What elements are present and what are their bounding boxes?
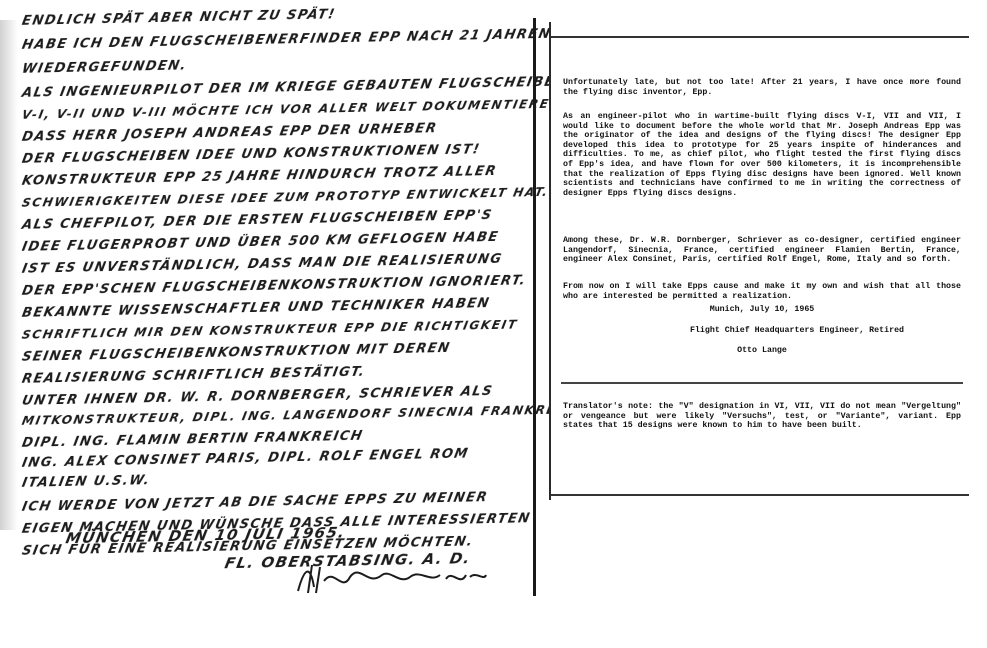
handwritten-line: Dipl. Ing. Flamin Bertin Frankreich <box>21 429 365 451</box>
handwritten-line: Italien u.s.w. <box>21 473 152 491</box>
page-edge-shadow <box>0 20 18 530</box>
handwritten-line: schriftlich mir den Konstrukteur Epp die… <box>21 318 519 342</box>
handwritten-line: Ing. Alex Consinet Paris, Dipl. Rolf Eng… <box>21 447 470 471</box>
handwritten-line: der Epp'schen Flugscheibenkonstruktion i… <box>21 273 528 299</box>
typed-place-date: Munich, July 10, 1965 <box>563 305 961 314</box>
divider-rule <box>561 382 963 384</box>
handwritten-line: Idee flugerprobt und über 500 km gefloge… <box>21 230 500 255</box>
typed-translation-page: Unfortunately late, but not too late! Af… <box>549 22 969 500</box>
handwritten-line: habe ich den Flugscheibenerfinder Epp na… <box>21 27 553 53</box>
page-separator <box>533 18 536 596</box>
handwritten-line: Als Chefpilot, der die ersten Flugscheib… <box>21 208 494 233</box>
handwritten-line: Endlich spät aber nicht zu spät! <box>21 7 337 29</box>
typed-signature: Otto Lange <box>563 346 961 355</box>
typed-title: Flight Chief Headquarters Engineer, Reti… <box>563 326 961 335</box>
handwritten-line: Konstrukteur Epp 25 Jahre hindurch trotz… <box>21 164 499 189</box>
handwritten-line: seiner Flugscheibenkonstruktion mit dere… <box>21 341 452 365</box>
handwritten-line: der Flugscheiben Idee und Konstruktionen… <box>21 142 482 167</box>
handwritten-letter-page: Endlich spät aber nicht zu spät! habe ic… <box>0 0 535 600</box>
typed-paragraph-main: As an engineer-pilot who in wartime-buil… <box>563 112 961 198</box>
typed-paragraph-names: Among these, Dr. W.R. Dornberger, Schrie… <box>563 236 961 265</box>
handwritten-line: Bekannte Wissenschaftler und Techniker h… <box>21 296 492 321</box>
handwritten-line: V-I, V-II und V-III möchte ich vor aller… <box>21 97 563 122</box>
typed-paragraph-intro: Unfortunately late, but not too late! Af… <box>563 78 961 97</box>
handwritten-line: Ich werde von jetzt ab die Sache Epps zu… <box>21 490 490 515</box>
handwritten-signature <box>290 557 490 597</box>
handwritten-line: dass Herr Joseph Andreas Epp der Urheber <box>21 121 439 145</box>
bottom-rule <box>551 494 969 496</box>
handwritten-line: wiedergefunden. <box>21 59 189 77</box>
handwritten-line: Als Ingenieurpilot der im Kriege gebaute… <box>21 75 569 101</box>
handwritten-line: Realisierung schriftlich bestätigt. <box>21 365 367 387</box>
translator-note: Translator's note: the "V" designation i… <box>563 402 961 431</box>
handwritten-line: Schwierigkeiten diese Idee zum Prototyp … <box>21 185 550 210</box>
handwritten-line: ist es unverständlich, dass man die Real… <box>21 252 504 277</box>
typed-paragraph-closing: From now on I will take Epps cause and m… <box>563 282 961 301</box>
top-rule <box>551 36 969 38</box>
